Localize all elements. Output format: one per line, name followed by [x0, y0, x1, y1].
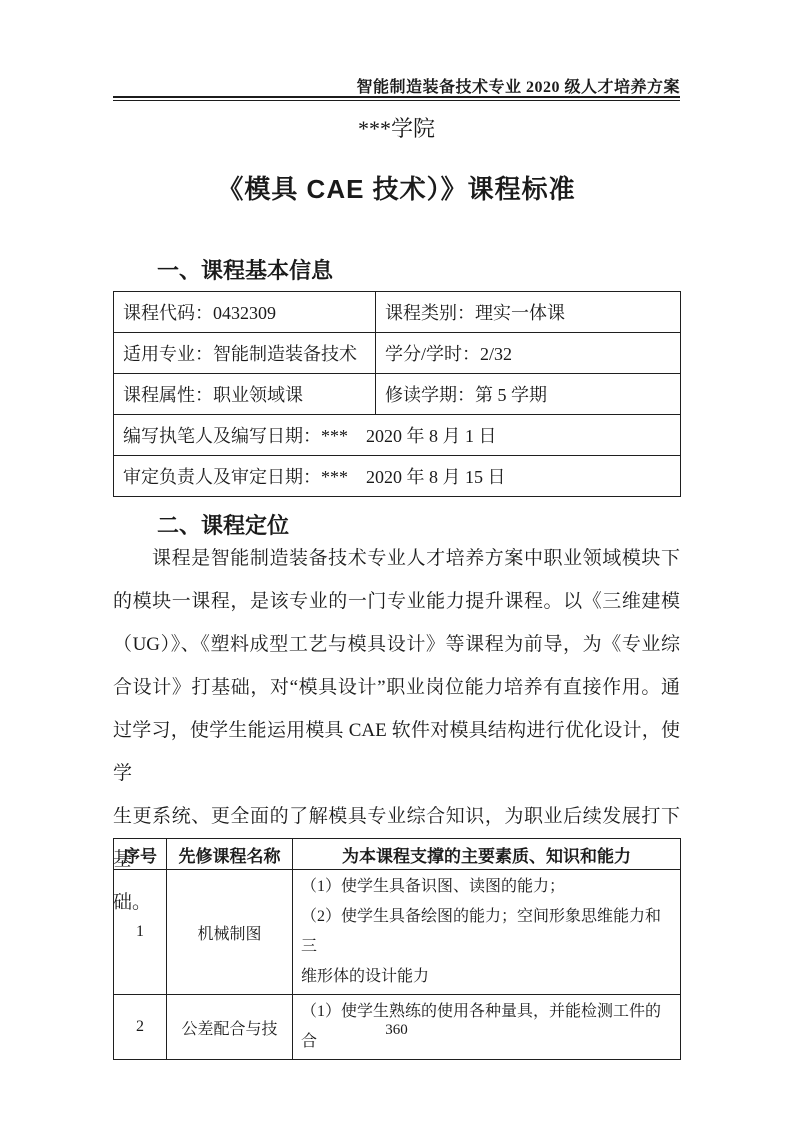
school-name: ***学院	[0, 112, 793, 143]
table-row: 课程属性：职业领域课 修读学期：第 5 学期	[114, 374, 681, 415]
table-row: 适用专业：智能制造装备技术 学分/学时：2/32	[114, 333, 681, 374]
author-date-cell: 编写执笔人及编写日期：*** 2020 年 8 月 1 日	[114, 415, 681, 456]
document-title: 《模具 CAE 技术）》课程标准	[0, 169, 793, 206]
column-header-number: 序号	[114, 839, 167, 870]
ability-line: （2）使学生具备绘图的能力；空间形象思维能力和三	[301, 902, 676, 962]
table-row: 1 机械制图 （1）使学生具备识图、读图的能力； （2）使学生具备绘图的能力；空…	[114, 870, 681, 995]
paragraph-line: 课程是智能制造装备技术专业人才培养方案中职业领域模块下	[113, 537, 680, 580]
column-header-supporting-abilities: 为本课程支撑的主要素质、知识和能力	[293, 839, 681, 870]
reviewer-date-cell: 审定负责人及审定日期：*** 2020 年 8 月 15 日	[114, 456, 681, 497]
column-header-course-name: 先修课程名称	[167, 839, 293, 870]
running-header: 智能制造装备技术专业 2020 级人才培养方案	[356, 74, 680, 97]
table-row: 课程代码：0432309 课程类别：理实一体课	[114, 292, 681, 333]
header-rule-line	[113, 96, 680, 101]
course-attribute-cell: 课程属性：职业领域课	[114, 374, 376, 415]
paragraph-line: 合设计》打基础，对“模具设计”职业岗位能力培养有直接作用。通	[113, 666, 680, 709]
section-heading-course-positioning: 二、课程定位	[157, 509, 289, 540]
credits-hours-cell: 学分/学时：2/32	[376, 333, 681, 374]
paragraph-line: 的模块一课程，是该专业的一门专业能力提升课程。以《三维建模	[113, 580, 680, 623]
table-header-row: 序号 先修课程名称 为本课程支撑的主要素质、知识和能力	[114, 839, 681, 870]
study-semester-cell: 修读学期：第 5 学期	[376, 374, 681, 415]
course-info-table: 课程代码：0432309 课程类别：理实一体课 适用专业：智能制造装备技术 学分…	[113, 291, 681, 497]
section-heading-course-basic-info: 一、课程基本信息	[157, 254, 333, 285]
table-row: 审定负责人及审定日期：*** 2020 年 8 月 15 日	[114, 456, 681, 497]
paragraph-line: 过学习，使学生能运用模具 CAE 软件对模具结构进行优化设计，使学	[113, 709, 680, 795]
ability-line: （1）使学生具备识图、读图的能力；	[301, 872, 676, 902]
course-name-cell: 机械制图	[167, 870, 293, 995]
page-number: 360	[0, 1022, 793, 1039]
document-page: 智能制造装备技术专业 2020 级人才培养方案 ***学院 《模具 CAE 技术…	[0, 0, 793, 1122]
course-category-cell: 课程类别：理实一体课	[376, 292, 681, 333]
paragraph-line: （UG）》、《塑料成型工艺与模具设计》等课程为前导，为《专业综	[113, 623, 680, 666]
course-code-cell: 课程代码：0432309	[114, 292, 376, 333]
row-number-cell: 1	[114, 870, 167, 995]
abilities-cell: （1）使学生具备识图、读图的能力； （2）使学生具备绘图的能力；空间形象思维能力…	[293, 870, 681, 995]
ability-line: 维形体的设计能力	[301, 962, 676, 992]
table-row: 编写执笔人及编写日期：*** 2020 年 8 月 1 日	[114, 415, 681, 456]
applicable-major-cell: 适用专业：智能制造装备技术	[114, 333, 376, 374]
